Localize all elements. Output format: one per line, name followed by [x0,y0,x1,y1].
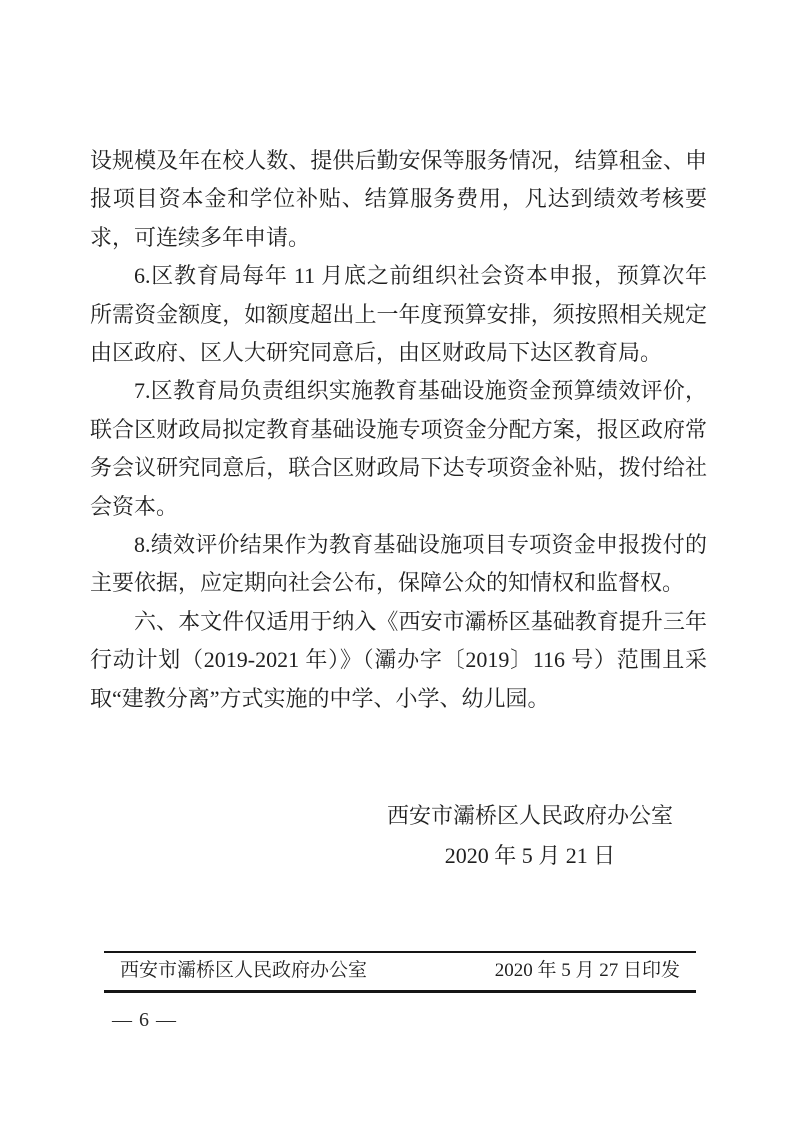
page-number: — 6 — [112,1008,177,1032]
body-paragraph: 设规模及年在校人数、提供后勤安保等服务情况，结算租金、申报项目资本金和学位补贴、… [90,142,707,257]
body-paragraph: 6.区教育局每年 11 月底之前组织社会资本申报，预算次年所需资金额度，如额度超… [90,257,707,372]
signature-date: 2020 年 5 月 21 日 [387,836,673,876]
colophon-issuer: 西安市灞桥区人民政府办公室 [120,960,367,982]
body-paragraph: 六、本文件仅适用于纳入《西安市灞桥区基础教育提升三年行动计划（2019-2021… [90,603,707,718]
signature-block: 西安市灞桥区人民政府办公室 2020 年 5 月 21 日 [387,796,673,876]
colophon-print-date: 2020 年 5 月 27 日印发 [495,960,680,982]
signature-organization: 西安市灞桥区人民政府办公室 [387,796,673,836]
document-page: 设规模及年在校人数、提供后勤安保等服务情况，结算租金、申报项目资本金和学位补贴、… [0,0,793,1122]
body-text: 设规模及年在校人数、提供后勤安保等服务情况，结算租金、申报项目资本金和学位补贴、… [90,142,707,718]
body-paragraph: 7.区教育局负责组织实施教育基础设施资金预算绩效评价，联合区财政局拟定教育基础设… [90,372,707,526]
colophon: 西安市灞桥区人民政府办公室 2020 年 5 月 27 日印发 [104,951,696,993]
body-paragraph: 8.绩效评价结果作为教育基础设施项目专项资金申报拨付的主要依据，应定期向社会公布… [90,526,707,603]
colophon-row: 西安市灞桥区人民政府办公室 2020 年 5 月 27 日印发 [104,953,696,990]
